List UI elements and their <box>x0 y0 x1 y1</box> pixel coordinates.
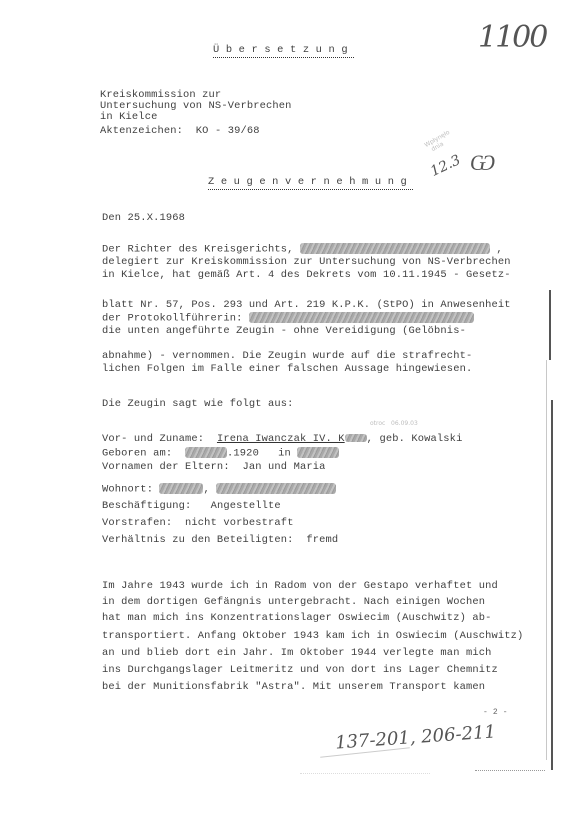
statement-line: Im Jahre 1943 wurde ich in Radom von der… <box>102 580 498 592</box>
file-reference-value: KO - 39/68 <box>196 125 260 137</box>
intro-line-7: abnahme) - vernommen. Die Zeugin wurde a… <box>102 350 472 362</box>
redacted-judge-name <box>300 243 490 254</box>
parents-row: Vornamen der Eltern: Jan und Maria <box>102 461 326 473</box>
intro-line-5: der Protokollführerin: <box>102 312 474 324</box>
intro-line-6: die unten angeführte Zeugin - ohne Verei… <box>102 325 466 337</box>
redacted-birth-place <box>297 447 339 458</box>
intro-line-1: Der Richter des Kreisgerichts, , <box>102 243 503 255</box>
office-line-3: in Kielce <box>100 111 157 123</box>
redacted-name-part <box>345 434 367 442</box>
date-line: Den 25.X.1968 <box>102 212 185 224</box>
handwritten-page-number: 1100 <box>478 20 546 55</box>
receipt-stamp: Wpłynęło dnia <box>423 129 454 155</box>
statement-line: transportiert. Anfang Oktober 1943 kam i… <box>102 630 523 642</box>
stamp-date: 12.3 <box>428 152 463 180</box>
intro-line-3: in Kielce, hat gemäß Art. 4 des Dekrets … <box>102 269 511 281</box>
file-reference: Aktenzeichen: KO - 39/68 <box>100 125 260 137</box>
witness-name: Irena Iwanczak IV. K <box>217 433 345 445</box>
redacted-birth-date <box>185 447 227 458</box>
statement-line: in dem dortigen Gefängnis untergebracht.… <box>102 596 485 608</box>
residence-row: Wohnort: , <box>102 483 336 495</box>
scan-mark <box>475 770 545 771</box>
born-row: Geboren am: .1920 in <box>102 447 339 459</box>
handwritten-page-range: 137-201, 206-211 <box>334 721 496 753</box>
relation-row: Verhältnis zu den Beteiligten: fremd <box>102 534 338 546</box>
section-heading: Zeugenvernehmung <box>208 176 413 190</box>
intro-line-4: blatt Nr. 57, Pos. 293 und Art. 219 K.P.… <box>102 299 511 311</box>
redacted-residence-city <box>159 483 203 494</box>
statement-intro: Die Zeugin sagt wie folgt aus: <box>102 398 294 410</box>
redacted-residence-address <box>216 483 336 494</box>
scan-edge-line-faint <box>546 360 547 760</box>
statement-line: bei der Munitionsfabrik "Astra". Mit uns… <box>102 681 485 693</box>
page-marker: - 2 - <box>483 707 508 719</box>
statement-line: an und blieb dort ein Jahr. Im Oktober 1… <box>102 647 492 659</box>
redacted-clerk-name <box>249 312 474 323</box>
document-page: Übersetzung 1100 Kreiskommission zur Unt… <box>0 0 575 814</box>
name-row: Vor- und Zuname: Irena Iwanczak IV. K, g… <box>102 433 462 445</box>
record-row: Vorstrafen: nicht vorbestraft <box>102 517 294 529</box>
scan-edge-line <box>549 290 551 360</box>
intro-line-2: delegiert zur Kreiskommission zur Unters… <box>102 256 511 268</box>
faint-annotation: otroc 06.09.03 <box>370 420 418 427</box>
scan-edge-line <box>551 400 553 770</box>
signature-mark: Ѡ <box>470 150 495 176</box>
document-title: Übersetzung <box>213 44 354 58</box>
statement-line: hat man mich ins Konzentrationslager Osw… <box>102 612 492 624</box>
statement-line: ins Durchgangslager Leitmeritz und von d… <box>102 664 498 676</box>
scan-mark <box>300 773 430 774</box>
file-reference-label: Aktenzeichen: <box>100 125 183 137</box>
occupation-row: Beschäftigung: Angestellte <box>102 500 281 512</box>
intro-line-8: lichen Folgen im Falle einer falschen Au… <box>102 363 472 375</box>
